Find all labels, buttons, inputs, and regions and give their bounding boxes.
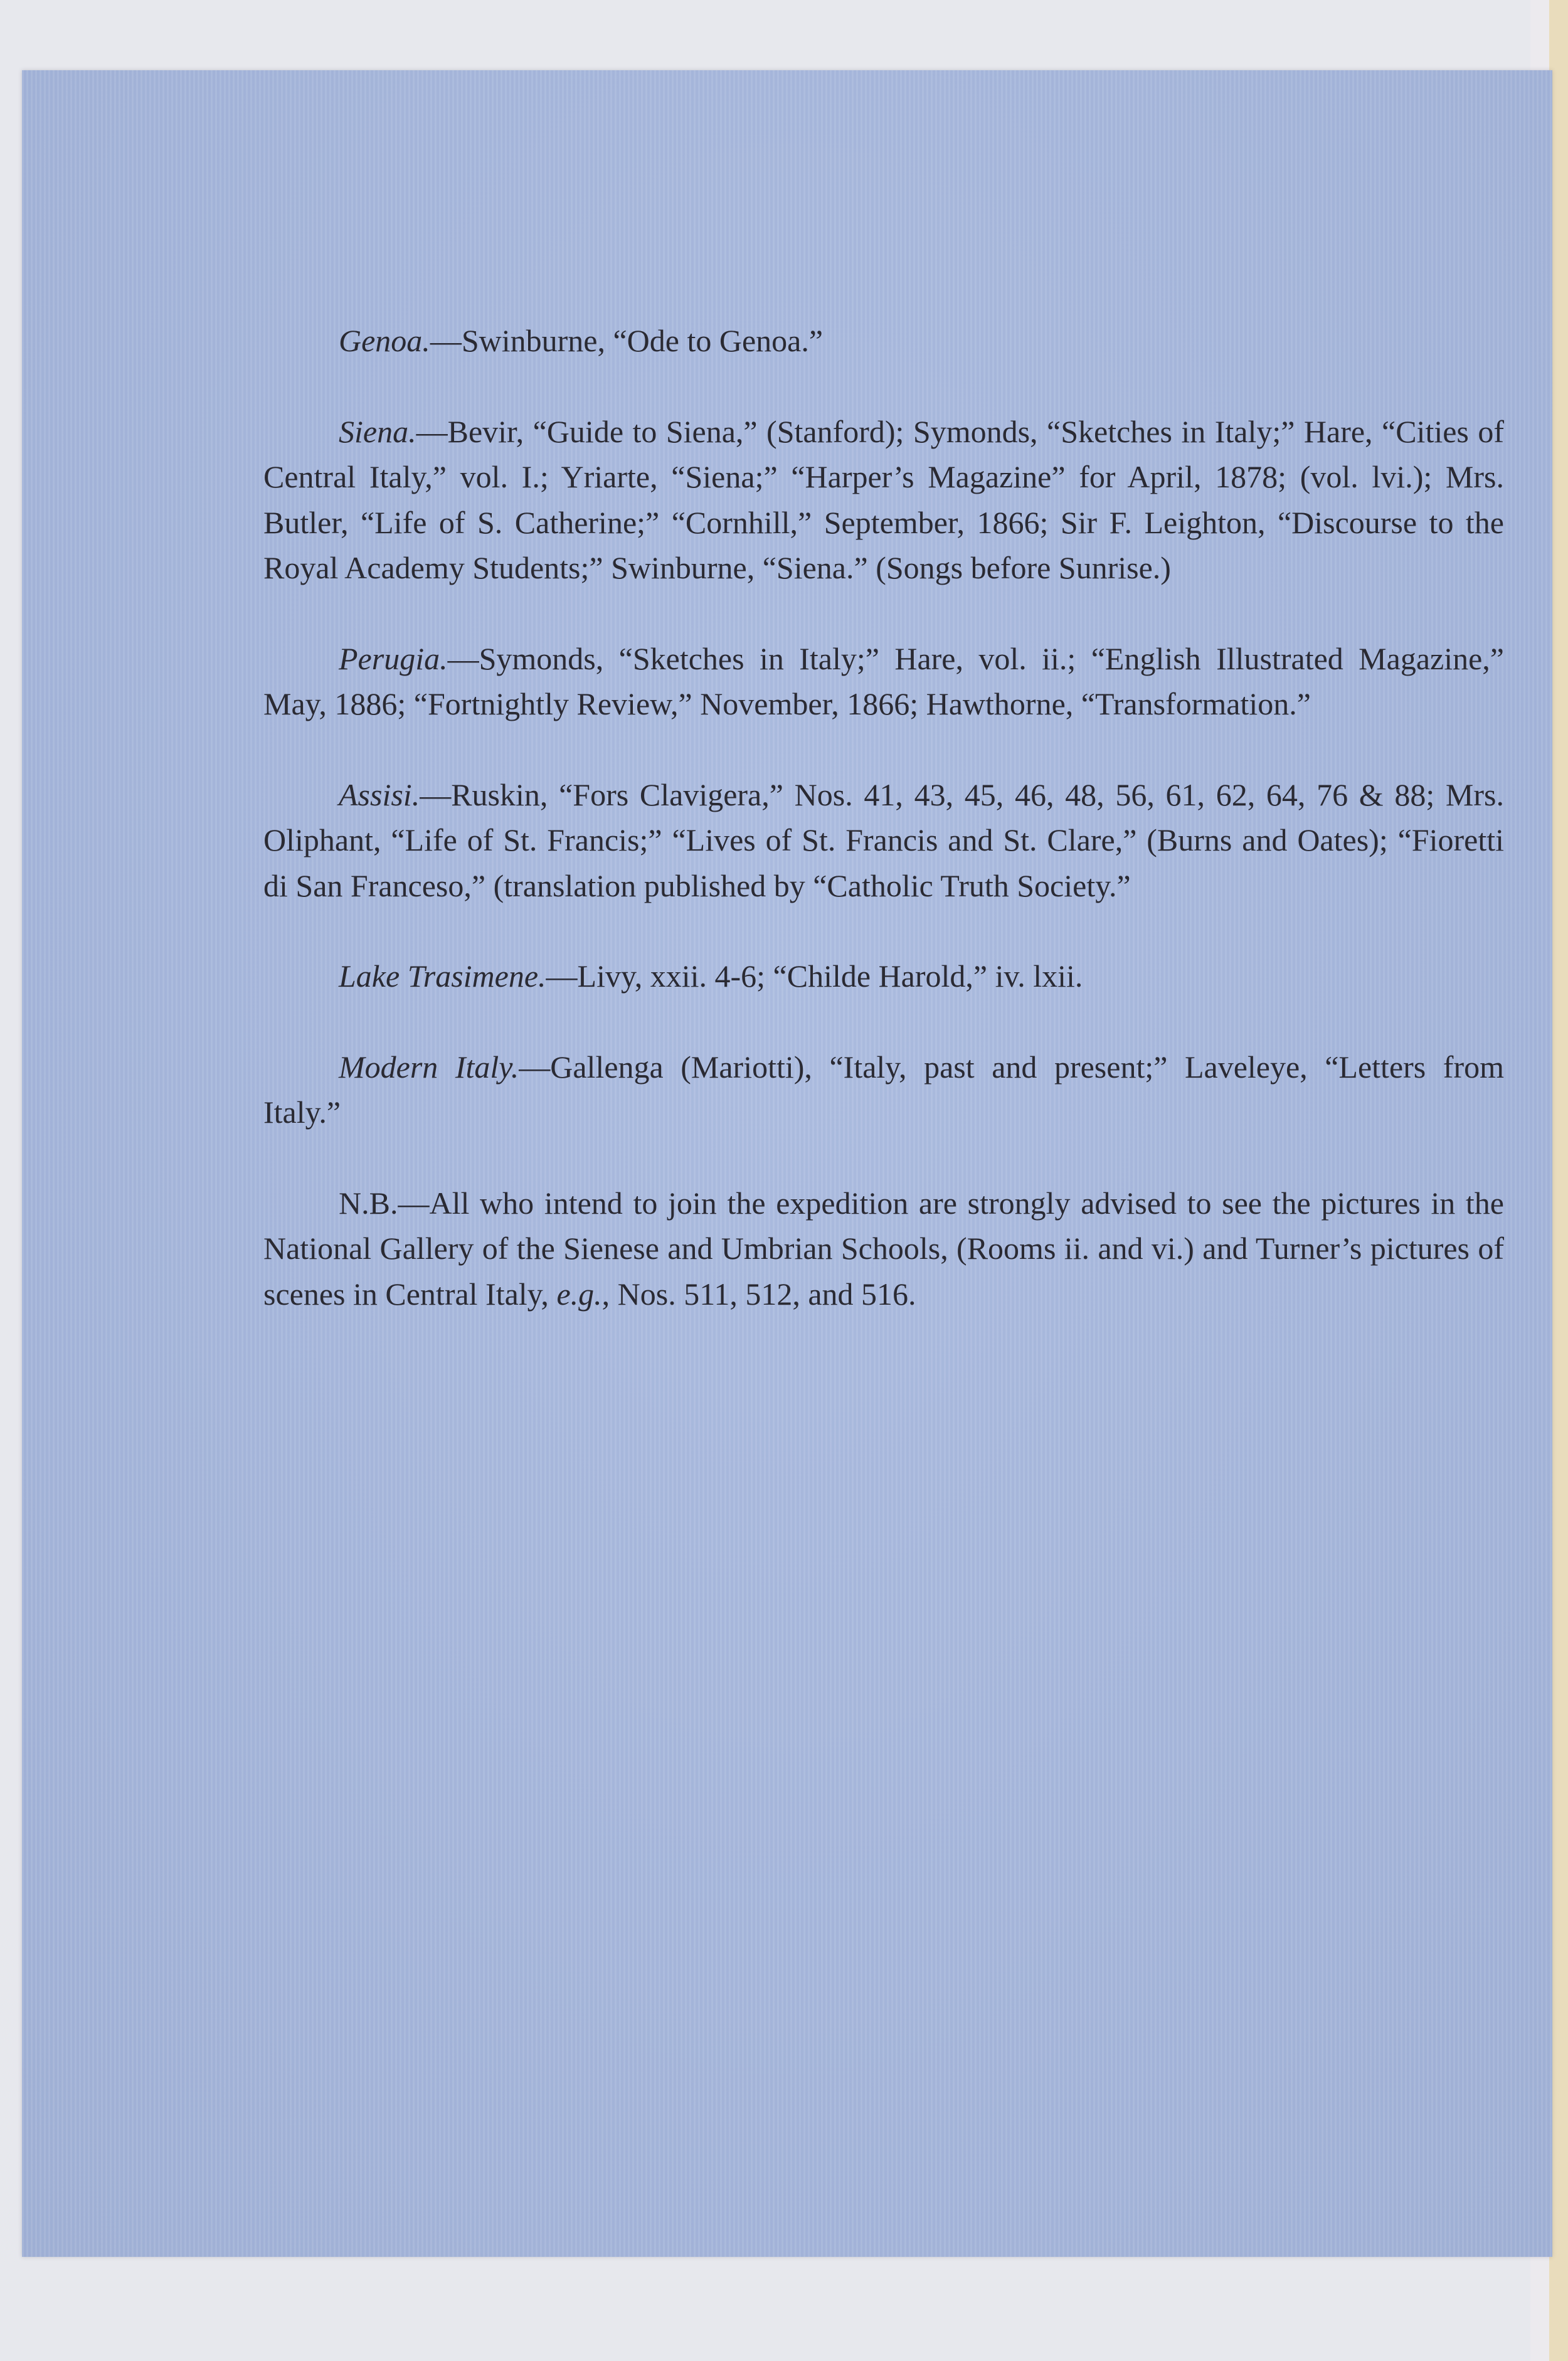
entry-place: Lake Trasimene. [339, 958, 546, 994]
entry-lake-trasimene: Lake Trasimene.—Livy, xxii. 4-6; “Childe… [263, 953, 1504, 999]
note-tail: , Nos. 511, 512, and 516. [602, 1276, 916, 1312]
entry-place: Siena. [339, 414, 416, 449]
entry-genoa: Genoa.—Swinburne, “Ode to Genoa.” [263, 318, 1504, 364]
entry-siena: Siena.—Bevir, “Guide to Siena,” (Stanfor… [263, 409, 1504, 591]
entry-place: Genoa. [339, 323, 430, 358]
entry-text: —Swinburne, “Ode to Genoa.” [430, 323, 823, 358]
entry-place: Modern Italy. [339, 1049, 519, 1085]
entry-place: Assisi. [339, 777, 420, 812]
note-eg: e.g. [556, 1276, 601, 1312]
note-label: N.B. [339, 1186, 398, 1221]
entry-perugia: Perugia.—Symonds, “Sketches in Italy;” H… [263, 636, 1504, 727]
entry-text: —Bevir, “Guide to Siena,” (Stanford); Sy… [263, 414, 1504, 586]
reading-list: Genoa.—Swinburne, “Ode to Genoa.” Siena.… [263, 318, 1504, 1362]
entry-modern-italy: Modern Italy.—Gallenga (Mariotti), “Ital… [263, 1044, 1504, 1135]
entry-assisi: Assisi.—Ruskin, “Fors Clavigera,” Nos. 4… [263, 772, 1504, 909]
nota-bene-note: N.B.—All who intend to join the expediti… [263, 1180, 1504, 1317]
entry-text: —Livy, xxii. 4-6; “Childe Harold,” iv. l… [546, 958, 1083, 994]
blue-paper-page: Genoa.—Swinburne, “Ode to Genoa.” Siena.… [22, 70, 1552, 2257]
entry-text: —Symonds, “Sketches in Italy;” Hare, vol… [263, 641, 1504, 722]
entry-place: Perugia. [339, 641, 448, 676]
entry-text: —Ruskin, “Fors Clavigera,” Nos. 41, 43, … [263, 777, 1504, 903]
